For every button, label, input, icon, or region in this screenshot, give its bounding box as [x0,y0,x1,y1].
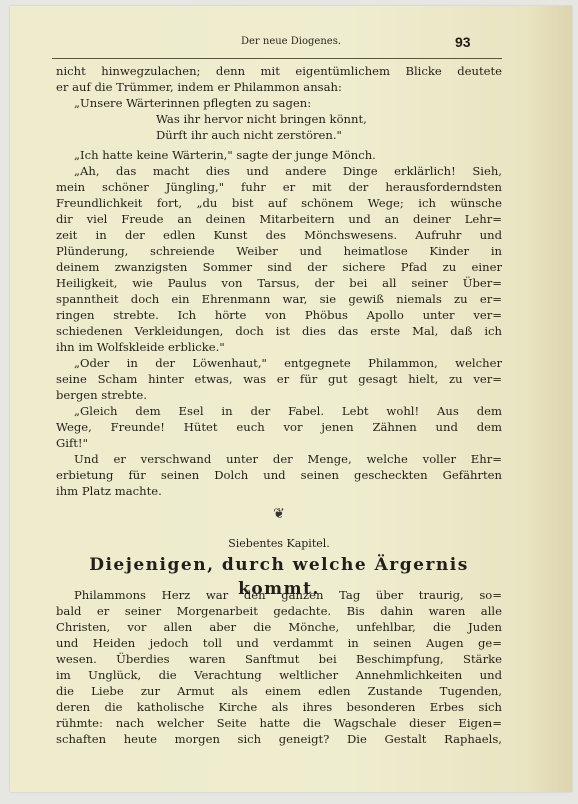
text-line: und Heiden jedoch toll und verdammt in s… [56,635,502,651]
text-line: „Gleich dem Esel in der Fabel. Lebt wohl… [56,403,502,419]
running-title: Der neue Diogenes. [10,36,572,47]
text-line: deren die katholische Kirche als ihres b… [56,699,502,715]
verse-line: Dürft ihr auch nicht zerstören." [56,127,502,143]
verse-line: Was ihr hervor nicht bringen könnt, [56,111,502,127]
text-line: Wege, Freunde! Hütet euch vor jenen Zähn… [56,419,502,435]
text-line: Und er verschwand unter der Menge, welch… [56,451,502,467]
text-line: im Unglück, die Verachtung weltlicher An… [56,667,502,683]
text-line: rühmte: nach welcher Seite hatte die Wag… [56,715,502,731]
text-line: seine Scham hinter etwas, was er für gut… [56,371,502,387]
text-line: „Oder in der Löwenhaut," entgegnete Phil… [56,355,502,371]
text-line: bald er seiner Morgenarbeit gedachte. Bi… [56,603,502,619]
text-line: Freundlichkeit fort, „du bist auf schöne… [56,195,502,211]
text-line: deinem zwanzigsten Sommer sind der siche… [56,259,502,275]
text-line: ringen strebte. Ich hörte von Phöbus Apo… [56,307,502,323]
body-text: nicht hinwegzulachen; denn mit eigentüml… [56,63,502,747]
text-line: Christen, vor allen aber die Mönche, unf… [56,619,502,635]
book-page: Der neue Diogenes. 93 nicht hinwegzulach… [10,6,572,792]
text-line: „Ah, das macht dies und andere Dinge erk… [56,163,502,179]
text-line: Gift!" [56,435,502,451]
text-line: wesen. Überdies waren Sanftmut bei Besch… [56,651,502,667]
text-line: bergen strebte. [56,387,502,403]
text-line: er auf die Trümmer, indem er Philammon a… [56,79,502,95]
text-line: spanntheit doch ein Ehrenmann war, sie g… [56,291,502,307]
text-line: schiedenen Verkleidungen, doch ist dies … [56,323,502,339]
text-line: zeit in der edlen Kunst des Mönchswesens… [56,227,502,243]
text-line: Philammons Herz war den ganzen Tag über … [56,587,502,603]
text-line: nicht hinwegzulachen; denn mit eigentüml… [56,63,502,79]
header-rule [52,58,502,59]
text-line: mein schöner Jüngling," fuhr er mit der … [56,179,502,195]
fleuron-ornament-icon: ❦ [56,499,502,529]
text-line: ihm Platz machte. [56,483,502,499]
text-line: dir viel Freude an deinen Mitarbeitern u… [56,211,502,227]
text-line: „Unsere Wärterinnen pflegten zu sagen: [56,95,502,111]
text-line: „Ich hatte keine Wärterin," sagte der ju… [56,147,502,163]
text-line: erbietung für seinen Dolch und seinen ge… [56,467,502,483]
text-line: die Liebe zur Armut als einem edlen Zust… [56,683,502,699]
running-head: Der neue Diogenes. 93 [10,36,572,50]
chapter-title: Diejenigen, durch welche Ärgernis kommt. [56,553,502,581]
text-line: ihn im Wolfskleide erblicke." [56,339,502,355]
chapter-label: Siebentes Kapitel. [56,535,502,553]
text-line: Plünderung, schreiende Weiber und heimat… [56,243,502,259]
text-line: Heiligkeit, wie Paulus von Tarsus, der b… [56,275,502,291]
page-number: 93 [455,34,471,50]
text-line: schaften heute morgen sich geneigt? Die … [56,731,502,747]
